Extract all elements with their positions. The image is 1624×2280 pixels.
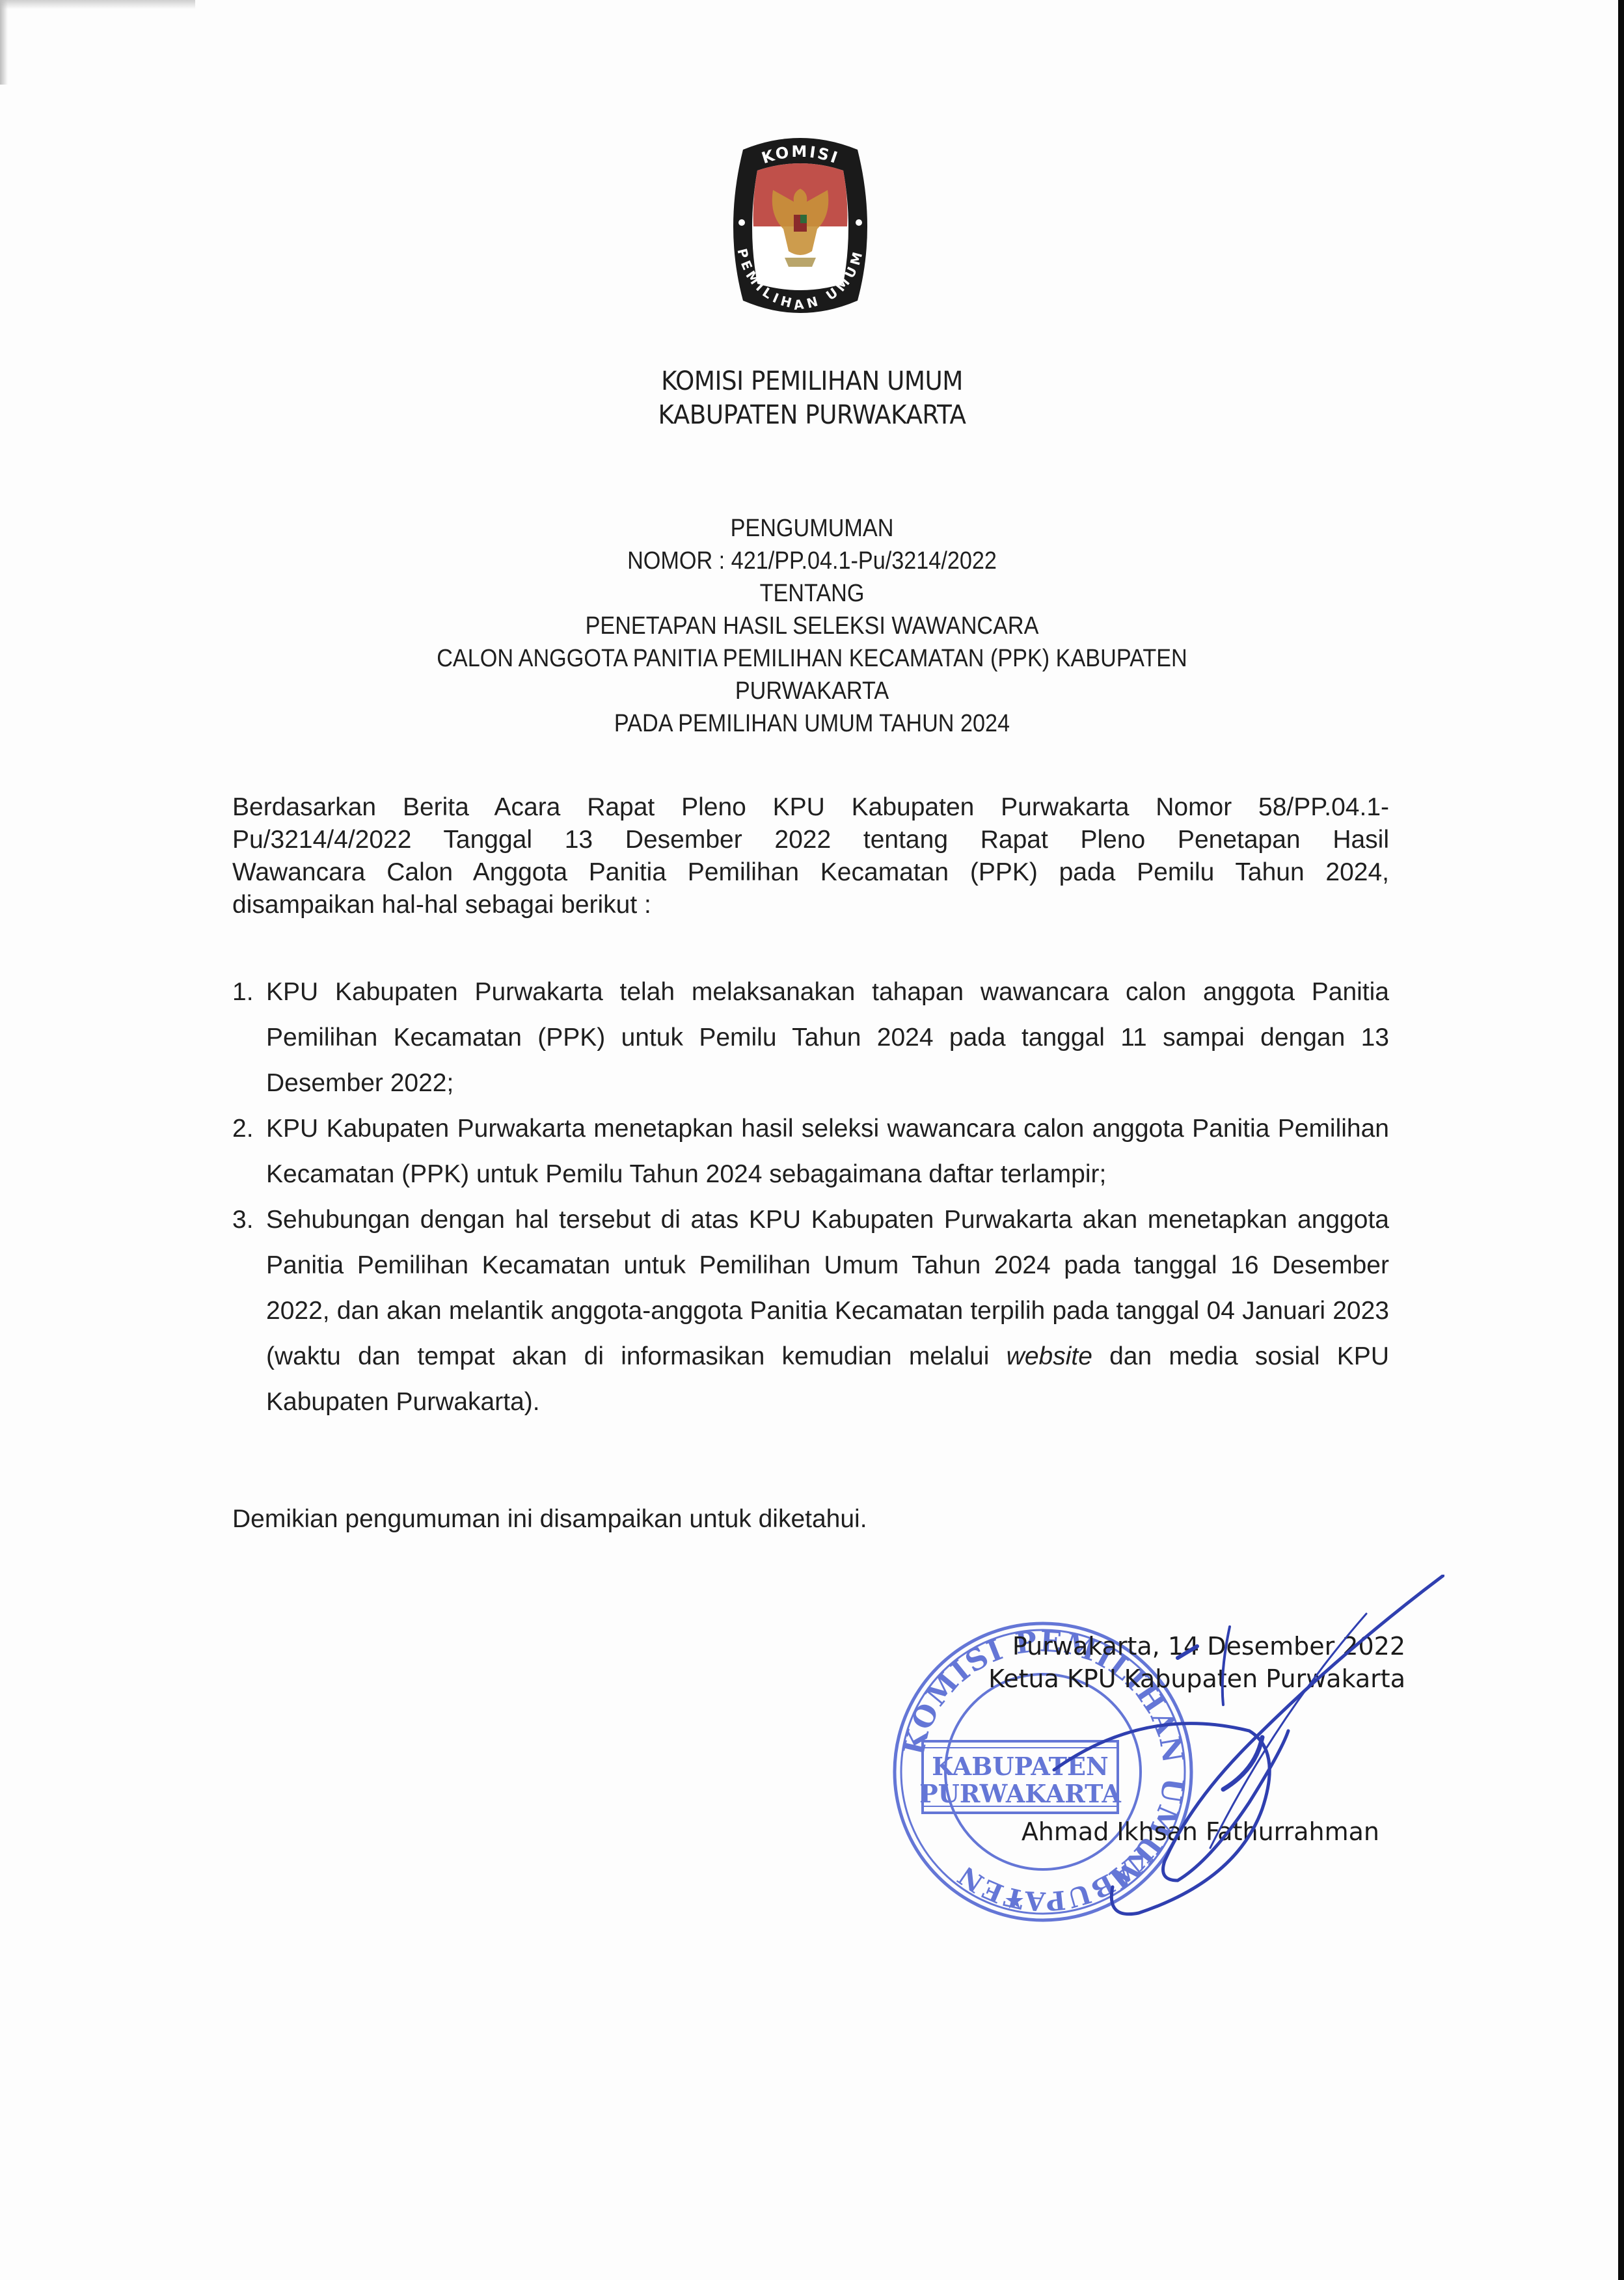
- list-item: 3. Sehubungan dengan hal tersebut di ata…: [232, 1197, 1389, 1425]
- list-item: 2. KPU Kabupaten Purwakarta menetapkan h…: [232, 1106, 1389, 1197]
- intro-line: Berdasarkan Berita Acara Rapat Pleno KPU…: [232, 791, 1389, 824]
- institution-line-1: KOMISI PEMILIHAN UMUM: [57, 364, 1567, 398]
- item-text-container: Sehubungan dengan hal tersebut di atas K…: [266, 1197, 1389, 1425]
- item-italic-word: website: [1007, 1342, 1092, 1370]
- institution-line-2: KABUPATEN PURWAKARTA: [57, 398, 1567, 432]
- document-number: NOMOR : 421/PP.04.1-Pu/3214/2022: [81, 545, 1543, 577]
- item-number: 3.: [232, 1197, 254, 1243]
- subject-line-4: PADA PEMILIHAN UMUM TAHUN 2024: [81, 707, 1543, 740]
- subject-line-2: CALON ANGGOTA PANITIA PEMILIHAN KECAMATA…: [81, 642, 1543, 675]
- item-text: KPU Kabupaten Purwakarta menetapkan hasi…: [266, 1106, 1389, 1197]
- scan-edge-top: [0, 0, 195, 9]
- announcement-points: 1. KPU Kabupaten Purwakarta telah melaks…: [232, 970, 1389, 1425]
- institution-header: KOMISI PEMILIHAN UMUM KABUPATEN PURWAKAR…: [0, 364, 1624, 432]
- intro-line: disampaikan hal-hal sebagai berikut :: [232, 889, 1389, 921]
- handwritten-signature-icon: [976, 1575, 1444, 1926]
- closing-statement: Demikian pengumuman ini disampaikan untu…: [232, 1503, 867, 1536]
- title-about: TENTANG: [81, 577, 1543, 610]
- subject-line-1: PENETAPAN HASIL SELEKSI WAWANCARA: [81, 610, 1543, 642]
- list-item: 1. KPU Kabupaten Purwakarta telah melaks…: [232, 970, 1389, 1106]
- kpu-logo-icon: KOMISI PEMILIHAN UMUM: [724, 130, 877, 320]
- item-text: KPU Kabupaten Purwakarta telah melaksana…: [266, 970, 1389, 1106]
- scan-edge-right: [1618, 0, 1624, 2280]
- scan-edge-left: [0, 0, 8, 85]
- intro-paragraph: Berdasarkan Berita Acara Rapat Pleno KPU…: [232, 791, 1389, 921]
- intro-line: Pu/3214/4/2022 Tanggal 13 Desember 2022 …: [232, 824, 1389, 856]
- title-heading: PENGUMUMAN: [81, 512, 1543, 545]
- intro-line: Wawancara Calon Anggota Panitia Pemiliha…: [232, 856, 1389, 889]
- item-number: 2.: [232, 1106, 254, 1152]
- subject-line-3: PURWAKARTA: [81, 675, 1543, 707]
- item-number: 1.: [232, 970, 254, 1015]
- announcement-title: PENGUMUMAN NOMOR : 421/PP.04.1-Pu/3214/2…: [0, 512, 1624, 740]
